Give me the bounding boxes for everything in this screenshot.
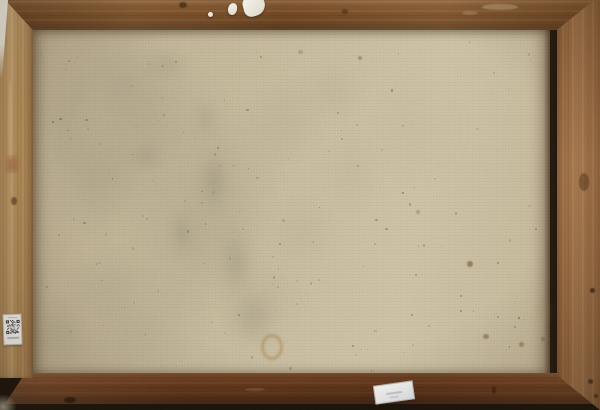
qr-code-icon [6, 320, 20, 334]
wood-mark [179, 2, 187, 8]
wood-mark [483, 334, 489, 339]
wood-mark [11, 197, 17, 205]
qr-code-sticker [2, 314, 22, 346]
wood-mark [594, 394, 598, 398]
photo-of-framed-canvas-back [0, 0, 600, 410]
wood-mark [541, 337, 545, 341]
wood-mark [492, 386, 496, 394]
wood-mark [482, 4, 518, 10]
wood-mark [590, 288, 595, 293]
qr-sticker-microtext [8, 317, 18, 318]
wood-mark [8, 80, 12, 160]
wood-mark [462, 11, 478, 15]
wood-mark [579, 173, 589, 191]
wood-mark [416, 210, 420, 214]
qr-sticker-microtext [7, 337, 19, 339]
wood-mark [467, 261, 473, 267]
wood-mark [342, 9, 348, 14]
wood-mark [358, 56, 362, 60]
wood-mark [245, 388, 265, 391]
wood-mark-layer [0, 0, 600, 410]
wood-mark [588, 379, 593, 384]
wood-mark [298, 50, 303, 54]
wood-mark [64, 397, 76, 403]
wood-mark [519, 342, 524, 347]
label-handwriting-mark [386, 391, 402, 395]
label-handwriting-mark [390, 395, 399, 398]
